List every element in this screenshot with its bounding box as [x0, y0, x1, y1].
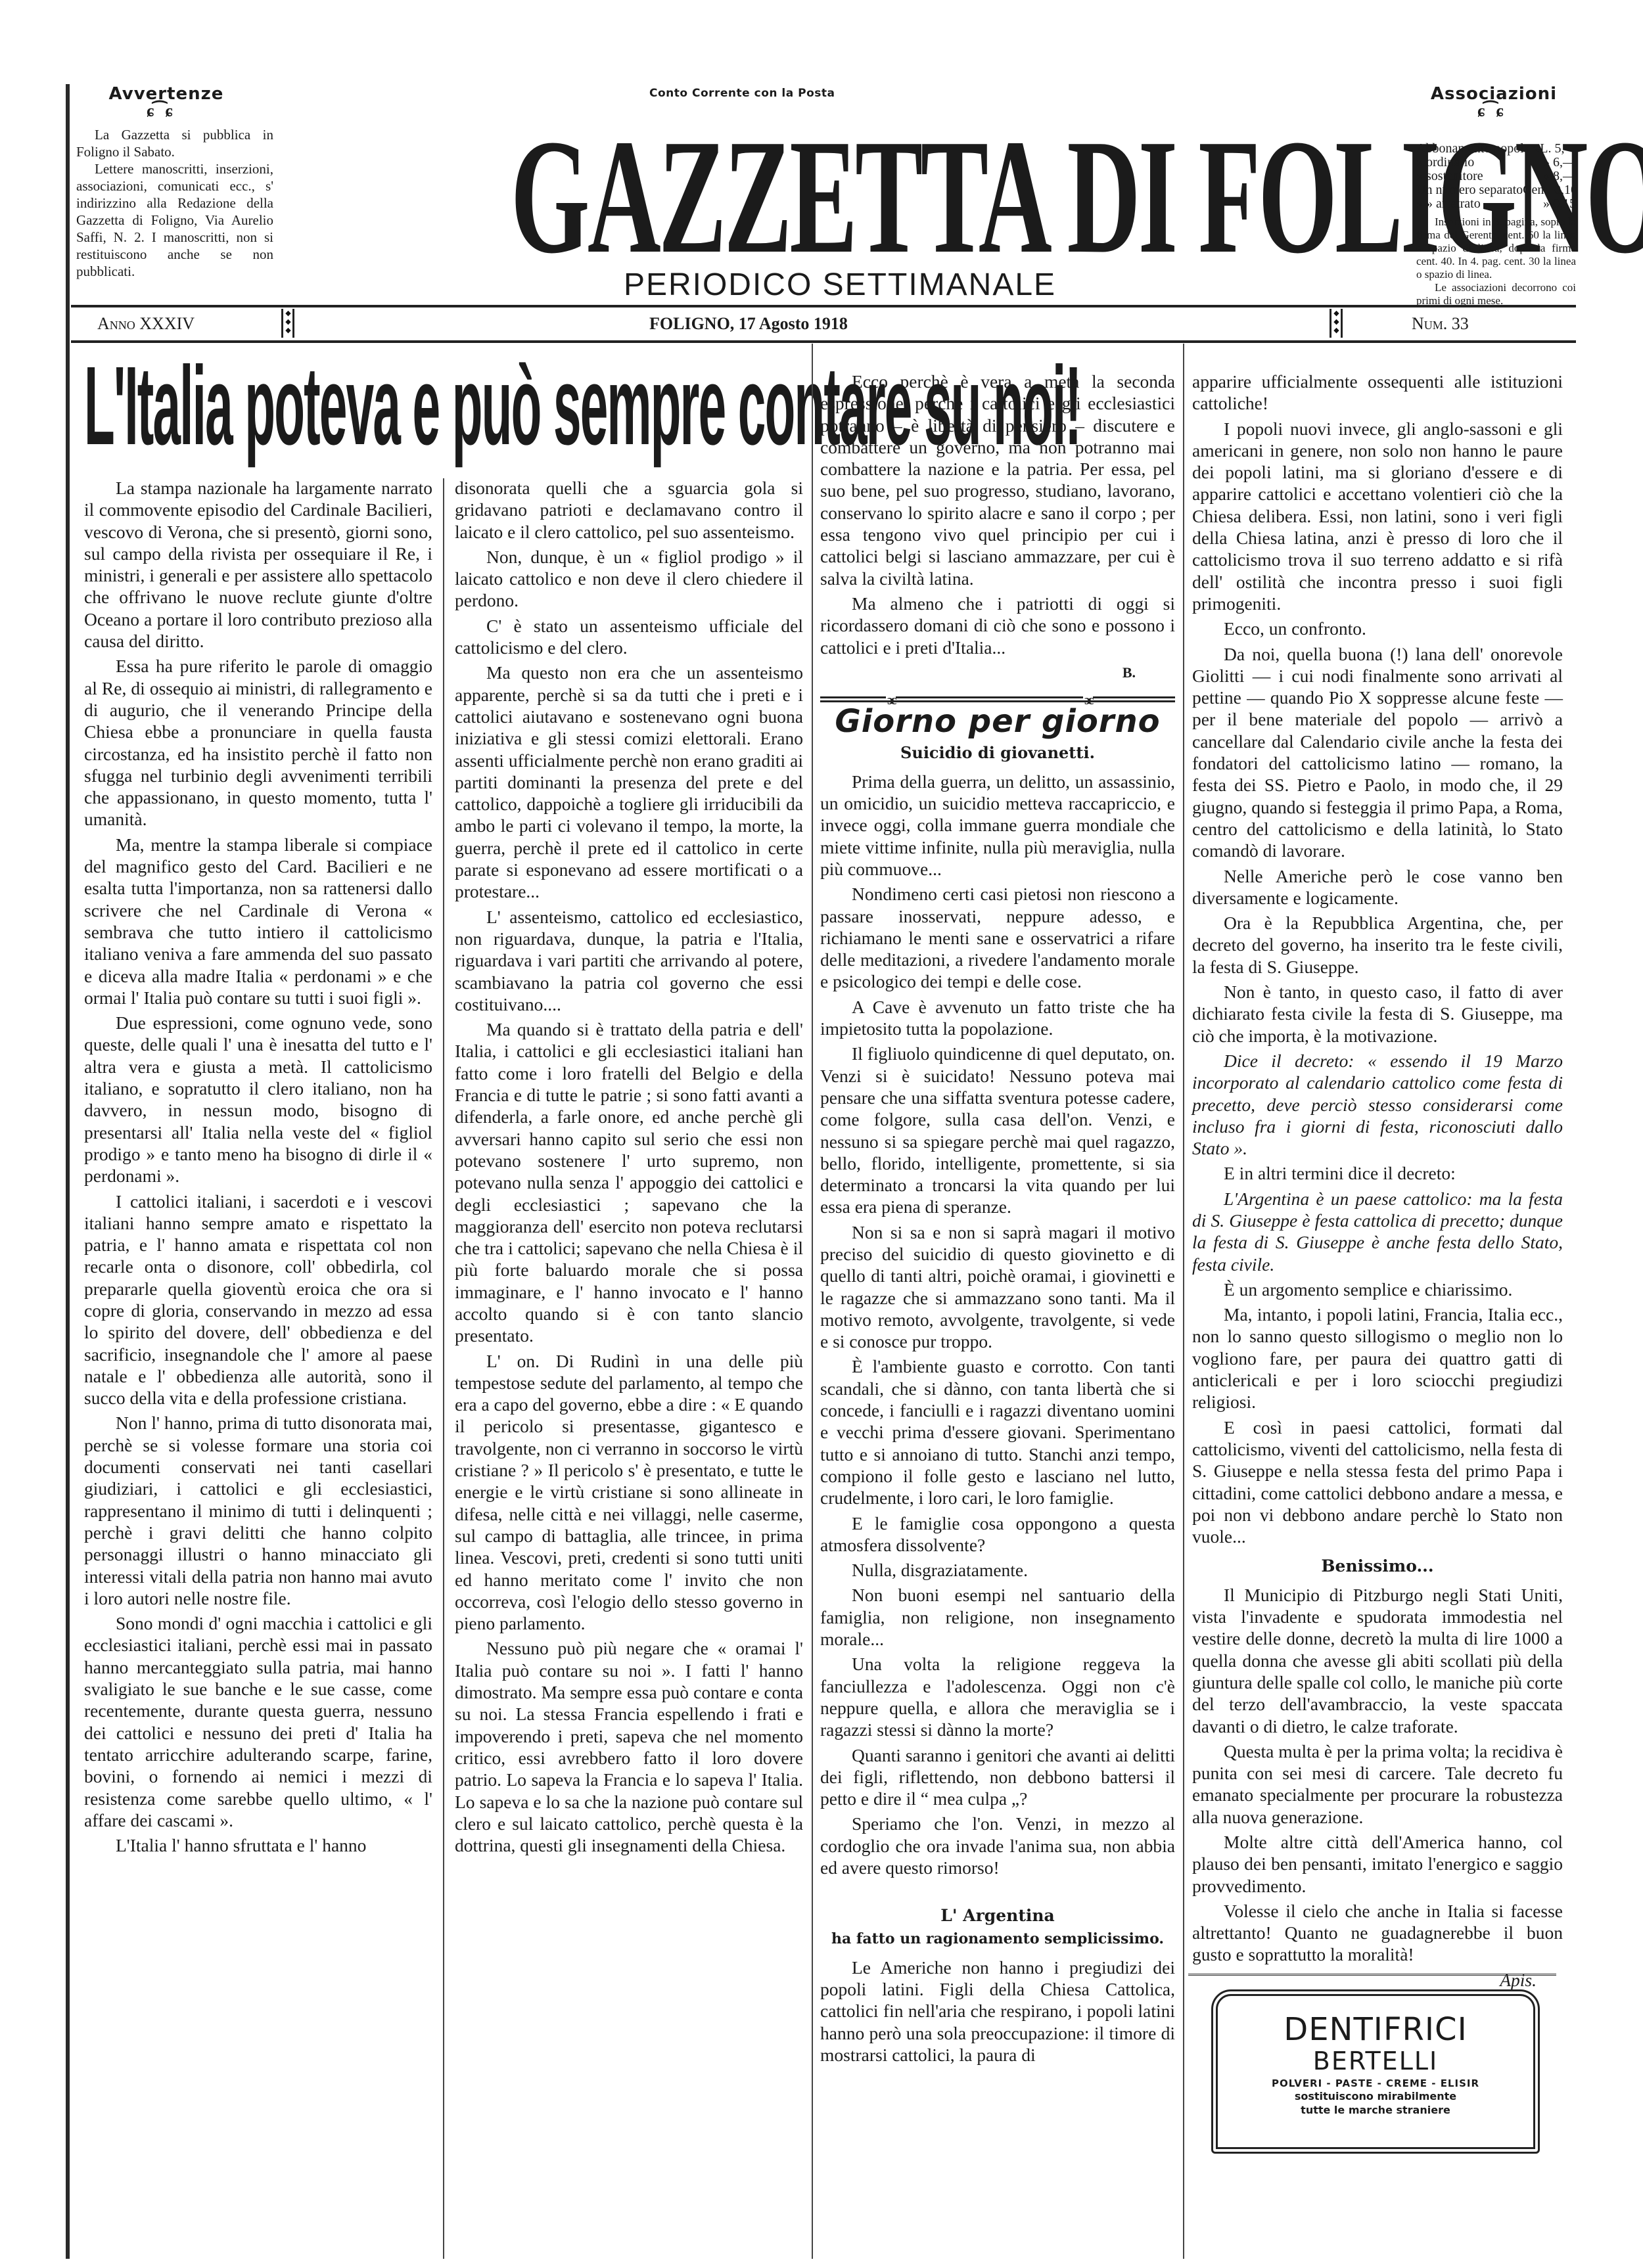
- avvertenze-paragraph: Lettere manoscritti, inserzioni, associa…: [76, 160, 273, 280]
- ornament-divider-icon: [281, 309, 294, 338]
- subscription-rates: Abbonamento popolareL. 5,— » ordinario» …: [1416, 142, 1576, 211]
- news-paragraph: E in altri termini dice il decreto:: [1192, 1162, 1563, 1184]
- news-paragraph: È un argomento semplice e chiarissimo.: [1192, 1279, 1563, 1300]
- decree-quote: L'Argentina è un paese cattolico: ma la …: [1192, 1188, 1563, 1275]
- subheading-argentina-line1: L' Argentina: [820, 1905, 1175, 1926]
- column-divider: [443, 478, 444, 2259]
- main-headline: L'Italia poteva e può sempre contare su …: [84, 350, 806, 462]
- news-paragraph: Nondimeno certi casi pietosi non riescon…: [820, 883, 1175, 992]
- issue-bar: Anno XXXIV FOLIGNO, 17 Agosto 1918 Num. …: [71, 307, 1576, 339]
- article-paragraph: Essa ha pure riferito le parole di omagg…: [84, 655, 432, 830]
- news-paragraph: Non è tanto, in questo caso, il fatto di…: [1192, 981, 1563, 1047]
- article-column-4: apparire ufficialmente ossequenti alle i…: [1192, 371, 1563, 1994]
- column-divider: [1183, 344, 1184, 2259]
- news-paragraph: I popoli nuovi invece, gli anglo-sassoni…: [1192, 418, 1563, 615]
- ad-brand-line1: DENTIFRICI: [1218, 2012, 1533, 2047]
- rate-row: » ordinario» 6,—: [1416, 156, 1576, 170]
- news-paragraph: E così in paesi cattolici, formati dal c…: [1192, 1417, 1563, 1548]
- article-column-3: Ecco perchè è vera a metà la seconda esp…: [820, 371, 1175, 2069]
- news-paragraph: Volesse il cielo che anche in Italia si …: [1192, 1900, 1563, 1966]
- masthead-title: GAZZETTA DI FOLIGNO: [511, 125, 1163, 269]
- rate-row: Un numero separatoCent. 0,10: [1416, 183, 1576, 197]
- article-paragraph: Ma almeno che i patriotti di oggi si ric…: [820, 593, 1175, 658]
- rate-row: » » arretrato» 0,15: [1416, 197, 1576, 211]
- column-divider: [812, 344, 813, 2259]
- decree-quote: Dice il decreto: « essendo il 19 Marzo i…: [1192, 1050, 1563, 1159]
- article-paragraph: Sono mondi d' ogni macchia i cattolici e…: [84, 1612, 432, 1831]
- news-paragraph: Ma, intanto, i popoli latini, Francia, I…: [1192, 1304, 1563, 1413]
- news-paragraph: Da noi, quella buona (!) lana dell' onor…: [1192, 643, 1563, 862]
- article-column-1: La stampa nazionale ha largamente narrat…: [84, 477, 432, 1859]
- article-paragraph: disonorata quelli che a sguarcia gola si…: [455, 477, 803, 543]
- insertion-note: Le associazioni decorrono coi primi di o…: [1416, 281, 1576, 307]
- ad-products: POLVERI - PASTE - CREME - ELISIR: [1218, 2077, 1533, 2089]
- scroll-ornament-icon: ɕ⁀ɕ: [1477, 101, 1502, 121]
- insertion-notes: Inserzioni in 3. pagina, sopra la firma …: [1416, 215, 1576, 307]
- article-paragraph: L' on. Di Rudinì in una delle più tempes…: [455, 1350, 803, 1635]
- news-paragraph: Non buoni esempi nel santuario della fam…: [820, 1584, 1175, 1650]
- article-paragraph: L'Italia l' hanno sfruttata e l' hanno: [84, 1834, 432, 1856]
- advertisement-dentifrici-bertelli: DENTIFRICI BERTELLI POLVERI - PASTE - CR…: [1211, 1989, 1540, 2154]
- news-paragraph: Nelle Americhe però le cose vanno ben di…: [1192, 865, 1563, 909]
- article-column-2: disonorata quelli che a sguarcia gola si…: [455, 477, 803, 1859]
- article-paragraph: Ma, mentre la stampa liberale si compiac…: [84, 834, 432, 1009]
- news-paragraph: Le Americhe non hanno i pregiudizi dei p…: [820, 1957, 1175, 2066]
- subheading-suicidio: Suicidio di giovanetti.: [820, 742, 1175, 763]
- masthead-subtitle: PERIODICO SETTIMANALE: [452, 267, 1228, 303]
- ornament-divider-icon: [1330, 309, 1343, 338]
- postal-account-label: Conto Corrente con la Posta: [649, 87, 835, 100]
- volume-year: Anno XXXIV: [97, 314, 195, 334]
- ad-brand-line2: BERTELLI: [1218, 2047, 1533, 2075]
- article-paragraph: Ma questo non era che un assenteismo app…: [455, 662, 803, 902]
- news-paragraph: Speriamo che l'on. Venzi, in mezzo al co…: [820, 1813, 1175, 1878]
- dateline: FOLIGNO, 17 Agosto 1918: [649, 314, 848, 334]
- article-paragraph: Ma quando si è trattato della patria e d…: [455, 1018, 803, 1346]
- section-ornament-rule: ɔɛ ɔɛ: [820, 695, 1175, 704]
- news-paragraph: Il Municipio di Pitzburgo negli Stati Un…: [1192, 1584, 1563, 1737]
- newspaper-page: Avvertenze ɕ⁀ɕ La Gazzetta si pubblica i…: [71, 84, 1576, 2259]
- issue-number: Num. 33: [1412, 314, 1469, 334]
- section-title-giorno-per-giorno: Giorno per giorno: [820, 711, 1175, 733]
- avvertenze-box: La Gazzetta si pubblica in Foligno il Sa…: [76, 126, 273, 280]
- news-paragraph: Ecco, un confronto.: [1192, 618, 1563, 639]
- news-paragraph: Quanti saranno i genitori che avanti ai …: [820, 1744, 1175, 1810]
- news-paragraph: Il figliuolo quindicenne di quel deputat…: [820, 1043, 1175, 1217]
- ad-tagline: tutte le marche straniere: [1218, 2103, 1533, 2117]
- news-paragraph: È l'ambiente guasto e corrotto. Con tant…: [820, 1355, 1175, 1508]
- page-border: [66, 84, 70, 2259]
- news-paragraph: Prima della guerra, un delitto, un assas…: [820, 771, 1175, 880]
- issue-bar-rule: [71, 340, 1576, 343]
- news-paragraph: A Cave è avvenuto un fatto triste che ha…: [820, 996, 1175, 1040]
- news-paragraph: Molte altre città dell'America hanno, co…: [1192, 1831, 1563, 1897]
- scroll-ornament-icon: ɕ⁀ɕ: [147, 101, 172, 121]
- article-paragraph: La stampa nazionale ha largamente narrat…: [84, 477, 432, 652]
- rate-row: Abbonamento popolareL. 5,—: [1416, 142, 1576, 156]
- news-paragraph: Questa multa è per la prima volta; la re…: [1192, 1740, 1563, 1828]
- news-paragraph: Ora è la Repubblica Argentina, che, per …: [1192, 912, 1563, 978]
- article-paragraph: I cattolici italiani, i sacerdoti e i ve…: [84, 1191, 432, 1409]
- subheading-benissimo: Benissimo...: [1192, 1555, 1563, 1577]
- insertion-note: Inserzioni in 3. pagina, sopra la firma …: [1416, 215, 1576, 281]
- article-signature: B.: [820, 662, 1175, 683]
- subheading-argentina-line2: ha fatto un ragionamento semplicissimo.: [820, 1928, 1175, 1950]
- news-paragraph: Una volta la religione reggeva la fanciu…: [820, 1653, 1175, 1740]
- news-paragraph: Non si sa e non si saprà magari il motiv…: [820, 1221, 1175, 1353]
- avvertenze-paragraph: La Gazzetta si pubblica in Foligno il Sa…: [76, 126, 273, 160]
- article-paragraph: Nessuno può più negare che « oramai l' I…: [455, 1637, 803, 1856]
- news-paragraph: apparire ufficialmente ossequenti alle i…: [1192, 371, 1563, 415]
- rate-row: » sostenitore» 8,—: [1416, 170, 1576, 183]
- article-paragraph: C' è stato un assenteismo ufficiale del …: [455, 615, 803, 659]
- news-paragraph: E le famiglie cosa oppongono a questa at…: [820, 1512, 1175, 1556]
- article-paragraph: Due espressioni, come ognuno vede, sono …: [84, 1012, 432, 1187]
- article-paragraph: Non, dunque, è un « figliol prodigo » il…: [455, 546, 803, 612]
- ad-tagline: sostituiscono mirabilmente: [1218, 2089, 1533, 2103]
- article-paragraph: L' assenteismo, cattolico ed ecclesiasti…: [455, 906, 803, 1015]
- article-paragraph: Non l' hanno, prima di tutto disonorata …: [84, 1412, 432, 1609]
- news-paragraph: Nulla, disgraziatamente.: [820, 1559, 1175, 1581]
- article-paragraph: Ecco perchè è vera a metà la seconda esp…: [820, 371, 1175, 589]
